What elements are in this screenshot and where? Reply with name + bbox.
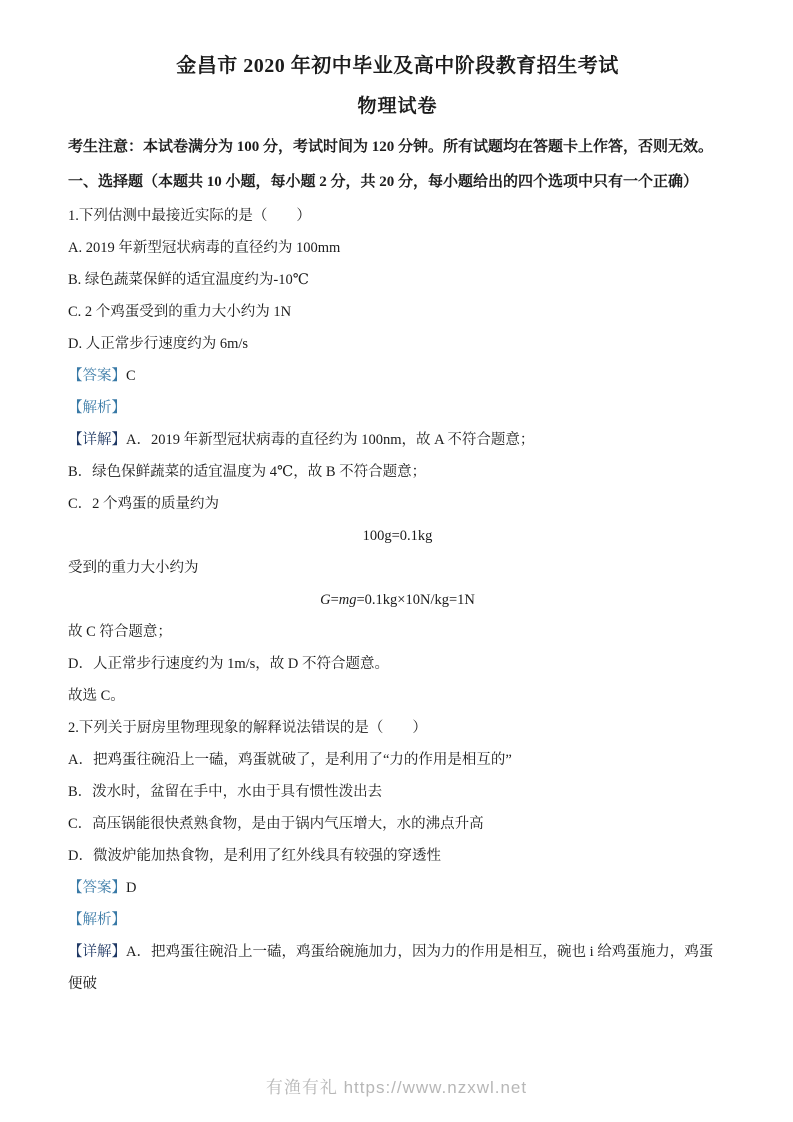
q2-option-a: A．把鸡蛋往碗沿上一磕，鸡蛋就破了，是利用了“力的作用是相互的” (68, 744, 727, 776)
q1-option-d: D. 人正常步行速度约为 6m/s (68, 328, 727, 360)
section-heading-choice: 一、选择题（本题共 10 小题，每小题 2 分，共 20 分，每小题给出的四个选… (68, 165, 727, 200)
q1-answer-value: C (126, 368, 136, 384)
q2-option-c: C．高压锅能很快煮熟食物，是由于锅内气压增大，水的沸点升高 (68, 808, 727, 840)
candidate-notice: 考生注意：本试卷满分为 100 分，考试时间为 120 分钟。所有试题均在答题卡… (68, 130, 727, 165)
q1-detail-line-c-ok: 故 C 符合题意； (68, 616, 727, 648)
q1-detail-line-a: 【详解】A．2019 年新型冠状病毒的直径约为 100nm，故 A 不符合题意； (68, 424, 727, 456)
q2-detail-label: 【详解】 (68, 944, 126, 960)
q1-detail-line-d: D．人正常步行速度约为 1m/s，故 D 不符合题意。 (68, 648, 727, 680)
formula-var-mg: mg (339, 592, 357, 608)
q2-answer-line: 【答案】D (68, 872, 727, 904)
formula-var-G: G (320, 592, 330, 608)
q2-answer-value: D (126, 880, 136, 896)
q1-detail-line-c: C．2 个鸡蛋的质量约为 (68, 488, 727, 520)
q2-analysis-line: 【解析】 (68, 904, 727, 936)
q2-detail-line-a: 【详解】A．把鸡蛋往碗沿上一磕，鸡蛋给碗施加力，因为力的作用是相互，碗也 i 给… (68, 936, 727, 1000)
exam-page: 金昌市 2020 年初中毕业及高中阶段教育招生考试 物理试卷 考生注意：本试卷满… (0, 0, 793, 1000)
formula-tail: =0.1kg×10N/kg=1N (357, 592, 475, 608)
q1-option-a: A. 2019 年新型冠状病毒的直径约为 100mm (68, 232, 727, 264)
q1-stem: 1.下列估测中最接近实际的是（ ） (68, 200, 727, 232)
q1-detail-label: 【详解】 (68, 432, 126, 448)
q1-conclusion: 故选 C。 (68, 680, 727, 712)
q2-option-d: D．微波炉能加热食物，是利用了红外线具有较强的穿透性 (68, 840, 727, 872)
q2-detail-text-a: A．把鸡蛋往碗沿上一磕，鸡蛋给碗施加力，因为力的作用是相互，碗也 i 给鸡蛋施力… (68, 944, 713, 992)
formula-equals: = (331, 592, 339, 608)
q1-analysis-label: 【解析】 (68, 400, 126, 416)
q1-option-c: C. 2 个鸡蛋受到的重力大小约为 1N (68, 296, 727, 328)
q1-detail-line-weight: 受到的重力大小约为 (68, 552, 727, 584)
exam-subtitle: 物理试卷 (68, 92, 727, 122)
q1-answer-label: 【答案】 (68, 368, 126, 384)
q1-detail-line-b: B．绿色保鲜蔬菜的适宜温度为 4℃，故 B 不符合题意； (68, 456, 727, 488)
q1-answer-line: 【答案】C (68, 360, 727, 392)
q1-gravity-formula: G=mg=0.1kg×10N/kg=1N (68, 584, 727, 616)
exam-title: 金昌市 2020 年初中毕业及高中阶段教育招生考试 (68, 50, 727, 82)
q1-analysis-line: 【解析】 (68, 392, 727, 424)
q1-detail-text-a: A．2019 年新型冠状病毒的直径约为 100nm，故 A 不符合题意； (126, 432, 534, 448)
q1-mass-formula: 100g=0.1kg (68, 520, 727, 552)
q2-analysis-label: 【解析】 (68, 912, 126, 928)
q2-stem: 2.下列关于厨房里物理现象的解释说法错误的是（ ） (68, 712, 727, 744)
q2-option-b: B．泼水时，盆留在手中，水由于具有惯性泼出去 (68, 776, 727, 808)
q2-answer-label: 【答案】 (68, 880, 126, 896)
q1-option-b: B. 绿色蔬菜保鲜的适宜温度约为-10℃ (68, 264, 727, 296)
footer-watermark: 有渔有礼 https://www.nzxwl.net (0, 1073, 793, 1098)
